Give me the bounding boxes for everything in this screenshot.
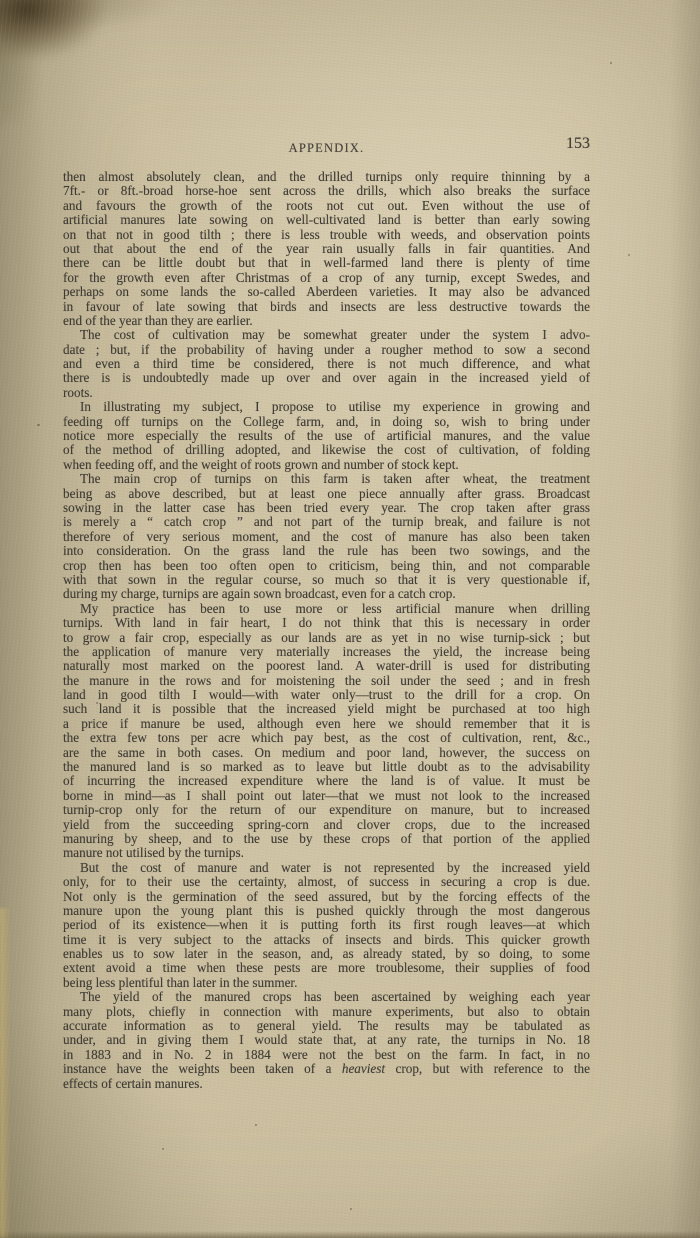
text-line: yield from the succeeding spring-corn an… [63, 818, 590, 832]
text-line: there can be little doubt but that in we… [63, 256, 590, 270]
text-line: in favour of late sowing that birds and … [63, 300, 590, 314]
text-line: under, and in giving them I would state … [63, 1033, 590, 1047]
text-line: is merely a “ catch crop ” and not part … [63, 515, 590, 529]
paper-speck [350, 1208, 352, 1210]
paper-speck [37, 424, 40, 426]
text-line: extent avoid a time when these pests are… [63, 961, 590, 975]
paper-speck [96, 702, 98, 704]
text-line: during my charge, turnips are again sown… [63, 587, 590, 601]
text-line: many plots, chiefly in connection with m… [63, 1005, 590, 1019]
text-line: and favours the growth of the roots not … [63, 199, 590, 213]
text-line: manuring by sheep, and to the use by the… [63, 832, 590, 846]
text-line: when feeding off, and the weight of root… [63, 458, 590, 472]
text-line: out that about the end of the year rain … [63, 242, 590, 256]
text-line: period of its existence—when it is putti… [63, 918, 590, 932]
paragraph: The yield of the manured crops has been … [63, 990, 590, 1091]
text-line: land in good tilth I would—with water on… [63, 688, 590, 702]
page-body: then almost absolutely clean, and the dr… [63, 170, 590, 1091]
text-line: manure upon the young plant this is push… [63, 904, 590, 918]
scanned-book-page: APPENDIX. 153 then almost absolutely cle… [0, 0, 700, 1238]
paper-speck [628, 254, 630, 256]
text-line: for the growth even after Christmas of a… [63, 271, 590, 285]
text-line: with that sown in the regular course, so… [63, 573, 590, 587]
text-line: are the same in both cases. On medium an… [63, 746, 590, 760]
text-line: in 1883 and in No. 2 in 1884 were not th… [63, 1048, 590, 1062]
text-line: But the cost of manure and water is not … [63, 861, 590, 875]
paper-speck [255, 1124, 257, 1126]
text-line: feeding off turnips on the College farm,… [63, 415, 590, 429]
text-line: the extra few tons per acre which pay be… [63, 731, 590, 745]
text-line: manure not utilised by the turnips. [63, 846, 590, 860]
text-line: therefore of very serious moment, and th… [63, 530, 590, 544]
page-number: 153 [63, 135, 590, 153]
text-line: then almost absolutely clean, and the dr… [63, 170, 590, 184]
text-line: turnips. With land in fair heart, I do n… [63, 616, 590, 630]
text-line: The cost of cultivation may be somewhat … [63, 328, 590, 342]
paragraph: My practice has been to use more or less… [63, 602, 590, 861]
text-line: roots. [63, 386, 590, 400]
text-line: naturally most marked on the poorest lan… [63, 659, 590, 673]
text-line: into consideration. On the grass land th… [63, 544, 590, 558]
paper-speck [505, 173, 507, 175]
paragraph: In illustrating my subject, I propose to… [63, 400, 590, 472]
text-line: on that not in good tilth ; there is les… [63, 228, 590, 242]
text-line: effects of certain manures. [63, 1077, 590, 1091]
text-line: crop then has been too often open to cri… [63, 559, 590, 573]
text-line: artificial manures late sowing on well-c… [63, 213, 590, 227]
text-line: and even a third time be considered, the… [63, 357, 590, 371]
text-line: sowing in the latter case has been tried… [63, 501, 590, 515]
text-line: a price if manure be used, although even… [63, 717, 590, 731]
text-line: 7ft.- or 8ft.-broad horse-hoe sent acros… [63, 184, 590, 198]
text-line: only, for to their use the certainty, al… [63, 875, 590, 889]
paper-speck [610, 62, 612, 64]
text-line: enables us to sow later in the season, a… [63, 947, 590, 961]
paragraph: The main crop of turnips on this farm is… [63, 472, 590, 602]
paper-speck [583, 1011, 585, 1013]
text-line: there is is undoubtedly made up over and… [63, 371, 590, 385]
text-line: My practice has been to use more or less… [63, 602, 590, 616]
text-line: time it is very subject to the attacks o… [63, 933, 590, 947]
text-line: borne in mind—as I shall point out later… [63, 789, 590, 803]
text-line: of the method of drilling adopted, and l… [63, 443, 590, 457]
text-line: such land it is possible that the increa… [63, 702, 590, 716]
paragraph: The cost of cultivation may be somewhat … [63, 328, 590, 400]
text-line: notice more especially the results of th… [63, 429, 590, 443]
text-line: Not only is the germination of the seed … [63, 890, 590, 904]
text-line: the manure in the rows and for moistenin… [63, 674, 590, 688]
text-line: perhaps on some lands the so-called Aber… [63, 285, 590, 299]
text-line: The main crop of turnips on this farm is… [63, 472, 590, 486]
paragraph: then almost absolutely clean, and the dr… [63, 170, 590, 328]
text-line: to grow a fair crop, especially as our l… [63, 631, 590, 645]
paper-speck [162, 1148, 164, 1150]
text-line: instance have the weights been taken of … [63, 1062, 590, 1076]
text-line: being as above described, but at least o… [63, 487, 590, 501]
text-line: the application of manure very materiall… [63, 645, 590, 659]
text-line: date ; but, if the probability of having… [63, 343, 590, 357]
text-line: accurate information as to general yield… [63, 1019, 590, 1033]
text-line: In illustrating my subject, I propose to… [63, 400, 590, 414]
text-line: the manured land is so marked as to leav… [63, 760, 590, 774]
text-line: turnip-crop only for the return of our e… [63, 803, 590, 817]
text-line: being less plentiful than later in the s… [63, 976, 590, 990]
text-line: The yield of the manured crops has been … [63, 990, 590, 1004]
paragraph: But the cost of manure and water is not … [63, 861, 590, 991]
page-stain-top-left [0, 0, 186, 124]
page-edge-yellow-strip [0, 908, 11, 1238]
text-line: end of the year than they are earlier. [63, 314, 590, 328]
text-line: of incurring the increased expenditure w… [63, 774, 590, 788]
